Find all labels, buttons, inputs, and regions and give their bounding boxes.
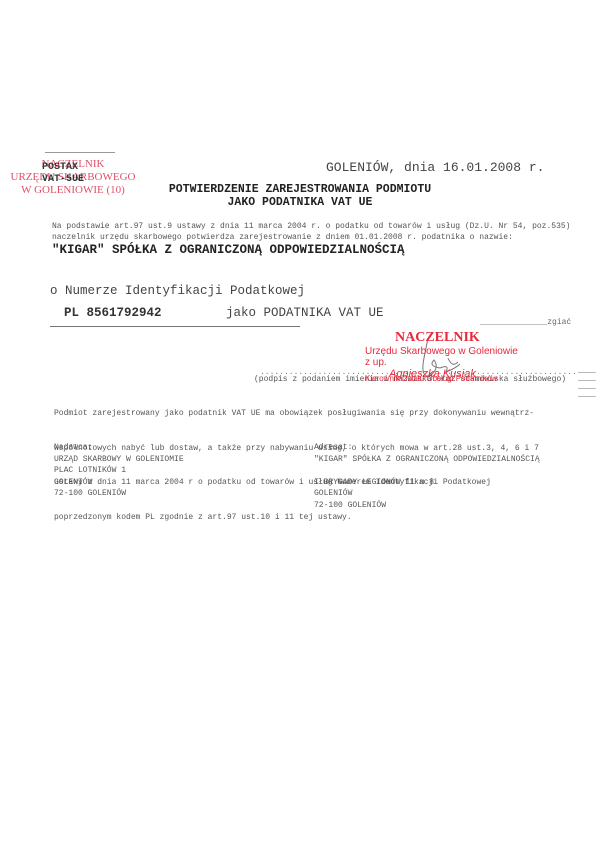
form-code: POSTAX VAT-5UE: [42, 162, 84, 186]
recipient-line: "KIGAR" SPÓŁKA Z OGRANICZONĄ ODPOWIEDZIA…: [314, 454, 540, 466]
sender-block: Nadawca: URZĄD SKARBOWY W GOLENIOMIE PLA…: [54, 442, 184, 500]
recipient-line: 72-100 GOLENIÓW: [314, 500, 540, 512]
paragraph-line: poprzedzonym kodem PL zgodnie z art.97 u…: [54, 512, 539, 524]
city-date: GOLENIÓW, dnia 16.01.2008 r.: [326, 160, 544, 175]
paragraph-line: Podmiot zarejestrowany jako podatnik VAT…: [54, 408, 539, 420]
nip-label: o Numerze Identyfikacji Podatkowej: [50, 284, 305, 298]
nip-underline: [50, 326, 300, 327]
nip-role: jako PODATNIKA VAT UE: [226, 306, 384, 320]
recipient-line: GOLENIÓW: [314, 488, 540, 500]
scan-edge-line: [45, 152, 115, 153]
company-name: "KIGAR" SPÓŁKA Z OGRANICZONĄ ODPOWIEDZIA…: [52, 243, 405, 257]
stamp-authorization: z up.: [365, 357, 518, 368]
recipient-label: Adresat:: [314, 442, 540, 454]
sender-line: 72-100 GOLENIÓW: [54, 488, 184, 500]
recipient-line: I BRYGADY LEGIONÓW 11 m 8: [314, 477, 540, 489]
scan-margin-marks: [578, 372, 596, 404]
stamp-position: Kierownik Działu Obsługi Podatników: [365, 374, 497, 383]
sender-line: PLAC LOTNIKÓW 1: [54, 465, 184, 477]
recipient-block: Adresat: "KIGAR" SPÓŁKA Z OGRANICZONĄ OD…: [314, 442, 540, 511]
fold-mark: ______________zgiać: [480, 318, 571, 327]
form-code-line: POSTAX: [42, 162, 84, 174]
title-line: POTWIERDZENIE ZAREJESTROWANIA PODMIOTU: [100, 183, 500, 196]
intro-line-2: naczelnik urzędu skarbowego potwierdza z…: [52, 233, 513, 242]
form-code-line: VAT-5UE: [42, 174, 84, 186]
intro-line-1: Na podstawie art.97 ust.9 ustawy z dnia …: [52, 222, 570, 231]
stamp-title: NACZELNIK: [395, 330, 518, 346]
fold-label: zgiać: [547, 318, 571, 327]
sender-line: URZĄD SKARBOWY W GOLENIOMIE: [54, 454, 184, 466]
sender-label: Nadawca:: [54, 442, 184, 454]
sender-line: GOLENIÓW: [54, 477, 184, 489]
title-line: JAKO PODATNIKA VAT UE: [100, 196, 500, 209]
recipient-line: [314, 465, 540, 477]
document-title: POTWIERDZENIE ZAREJESTROWANIA PODMIOTU J…: [100, 183, 500, 209]
nip-value: PL 8561792942: [64, 306, 162, 320]
stamp-office: Urzędu Skarbowego w Goleniowie: [365, 346, 518, 357]
